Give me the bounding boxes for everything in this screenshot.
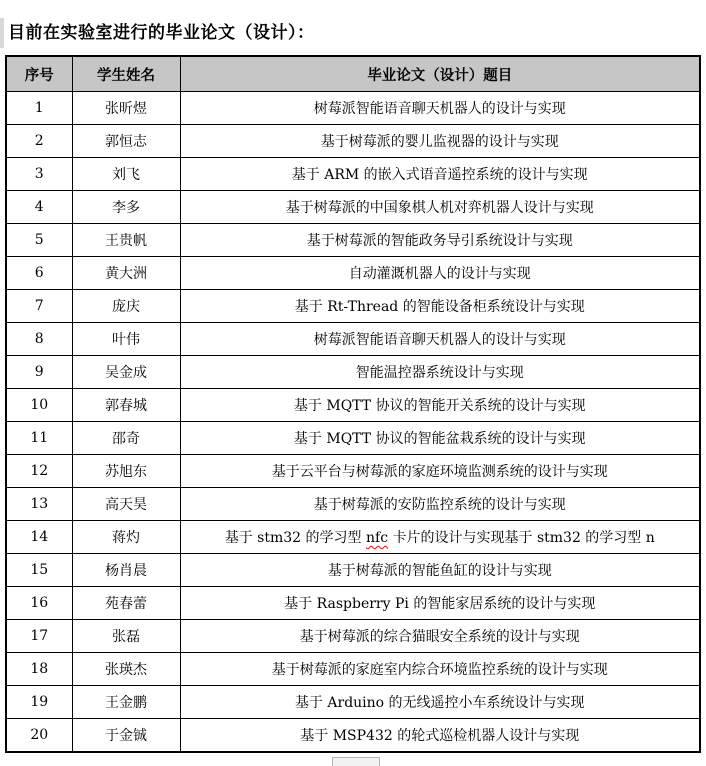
column-header-index: 序号 [6,56,72,92]
thesis-title-cell: 基于树莓派的家庭室内综合环境监控系统的设计与实现 [180,653,700,686]
row-number-cell: 13 [6,488,72,521]
table-row: 3刘飞基于 ARM 的嵌入式语音遥控系统的设计与实现 [6,158,700,191]
table-row: 1张昕煜树莓派智能语音聊天机器人的设计与实现 [6,92,700,125]
row-number-cell: 19 [6,686,72,719]
thesis-title-cell: 自动灌溉机器人的设计与实现 [180,257,700,290]
row-number-cell: 18 [6,653,72,686]
table-row: 14蒋灼基于 stm32 的学习型 nfc 卡片的设计与实现基于 stm32 的… [6,521,700,554]
row-number-cell: 10 [6,389,72,422]
table-row: 7庞庆基于 Rt-Thread 的智能设备柜系统设计与实现 [6,290,700,323]
student-name-cell: 王贵帆 [72,224,180,257]
row-number-cell: 3 [6,158,72,191]
thesis-title-cell: 基于 MQTT 协议的智能盆栽系统的设计与实现 [180,422,700,455]
student-name-cell: 高天昊 [72,488,180,521]
student-name-cell: 郭春城 [72,389,180,422]
thesis-title-cell: 树莓派智能语音聊天机器人的设计与实现 [180,92,700,125]
student-name-cell: 庞庆 [72,290,180,323]
row-number-cell: 8 [6,323,72,356]
row-number-cell: 9 [6,356,72,389]
thesis-table: 序号 学生姓名 毕业论文（设计）题目 1张昕煜树莓派智能语音聊天机器人的设计与实… [5,55,701,753]
row-number-cell: 5 [6,224,72,257]
table-row: 5王贵帆基于树莓派的智能政务导引系统设计与实现 [6,224,700,257]
student-name-cell: 吴金成 [72,356,180,389]
student-name-cell: 张瑛杰 [72,653,180,686]
student-name-cell: 张昕煜 [72,92,180,125]
thesis-title-cell: 基于 MSP432 的轮式巡检机器人设计与实现 [180,719,700,753]
row-number-cell: 14 [6,521,72,554]
student-name-cell: 杨肖晨 [72,554,180,587]
student-name-cell: 郭恒志 [72,125,180,158]
thesis-title-cell: 基于树莓派的安防监控系统的设计与实现 [180,488,700,521]
student-name-cell: 叶伟 [72,323,180,356]
thesis-title-cell: 智能温控器系统设计与实现 [180,356,700,389]
thesis-title-cell: 基于 Rt-Thread 的智能设备柜系统设计与实现 [180,290,700,323]
row-number-cell: 15 [6,554,72,587]
table-row: 9吴金成智能温控器系统设计与实现 [6,356,700,389]
table-row: 18张瑛杰基于树莓派的家庭室内综合环境监控系统的设计与实现 [6,653,700,686]
student-name-cell: 邵奇 [72,422,180,455]
row-number-cell: 11 [6,422,72,455]
thesis-title-cell: 基于树莓派的综合猫眼安全系统的设计与实现 [180,620,700,653]
student-name-cell: 黄大洲 [72,257,180,290]
table-header-row: 序号 学生姓名 毕业论文（设计）题目 [6,56,700,92]
row-number-cell: 17 [6,620,72,653]
thesis-title-cell: 基于树莓派的中国象棋人机对弈机器人设计与实现 [180,191,700,224]
student-name-cell: 蒋灼 [72,521,180,554]
student-name-cell: 苏旭东 [72,455,180,488]
student-name-cell: 王金鹏 [72,686,180,719]
table-row: 12苏旭东基于云平台与树莓派的家庭环境监测系统的设计与实现 [6,455,700,488]
thesis-title-cell: 基于 ARM 的嵌入式语音遥控系统的设计与实现 [180,158,700,191]
table-row: 2郭恒志基于树莓派的婴儿监视器的设计与实现 [6,125,700,158]
student-name-cell: 李多 [72,191,180,224]
student-name-cell: 刘飞 [72,158,180,191]
thesis-title-cell: 基于云平台与树莓派的家庭环境监测系统的设计与实现 [180,455,700,488]
table-row: 19王金鹏基于 Arduino 的无线遥控小车系统设计与实现 [6,686,700,719]
thesis-title-cell: 基于树莓派的智能鱼缸的设计与实现 [180,554,700,587]
row-number-cell: 1 [6,92,72,125]
table-row: 8叶伟树莓派智能语音聊天机器人的设计与实现 [6,323,700,356]
next-table-stub [332,757,380,766]
row-number-cell: 7 [6,290,72,323]
table-row: 20于金铖基于 MSP432 的轮式巡检机器人设计与实现 [6,719,700,753]
table-row: 4李多基于树莓派的中国象棋人机对弈机器人设计与实现 [6,191,700,224]
row-number-cell: 20 [6,719,72,753]
table-row: 13高天昊基于树莓派的安防监控系统的设计与实现 [6,488,700,521]
table-row: 15杨肖晨基于树莓派的智能鱼缸的设计与实现 [6,554,700,587]
thesis-title-cell: 基于 Arduino 的无线遥控小车系统设计与实现 [180,686,700,719]
thesis-title-cell: 树莓派智能语音聊天机器人的设计与实现 [180,323,700,356]
spellcheck-word: nfc [366,530,388,546]
student-name-cell: 于金铖 [72,719,180,753]
thesis-title-cell: 基于树莓派的婴儿监视器的设计与实现 [180,125,700,158]
row-number-cell: 4 [6,191,72,224]
changed-line-margin-bar [0,18,4,48]
column-header-student-name: 学生姓名 [72,56,180,92]
row-number-cell: 12 [6,455,72,488]
thesis-title-cell: 基于 MQTT 协议的智能开关系统的设计与实现 [180,389,700,422]
column-header-thesis-title: 毕业论文（设计）题目 [180,56,700,92]
thesis-title-cell: 基于 stm32 的学习型 nfc 卡片的设计与实现基于 stm32 的学习型 … [180,521,700,554]
row-number-cell: 2 [6,125,72,158]
table-row: 11邵奇基于 MQTT 协议的智能盆栽系统的设计与实现 [6,422,700,455]
table-row: 17张磊基于树莓派的综合猫眼安全系统的设计与实现 [6,620,700,653]
thesis-title-cell: 基于 Raspberry Pi 的智能家居系统的设计与实现 [180,587,700,620]
student-name-cell: 张磊 [72,620,180,653]
table-row: 10郭春城基于 MQTT 协议的智能开关系统的设计与实现 [6,389,700,422]
table-row: 16苑春蕾基于 Raspberry Pi 的智能家居系统的设计与实现 [6,587,700,620]
table-row: 6黄大洲自动灌溉机器人的设计与实现 [6,257,700,290]
table-body: 1张昕煜树莓派智能语音聊天机器人的设计与实现2郭恒志基于树莓派的婴儿监视器的设计… [6,92,700,753]
row-number-cell: 16 [6,587,72,620]
row-number-cell: 6 [6,257,72,290]
thesis-title-cell: 基于树莓派的智能政务导引系统设计与实现 [180,224,700,257]
student-name-cell: 苑春蕾 [72,587,180,620]
page-title: 目前在实验室进行的毕业论文（设计）： [8,18,315,43]
